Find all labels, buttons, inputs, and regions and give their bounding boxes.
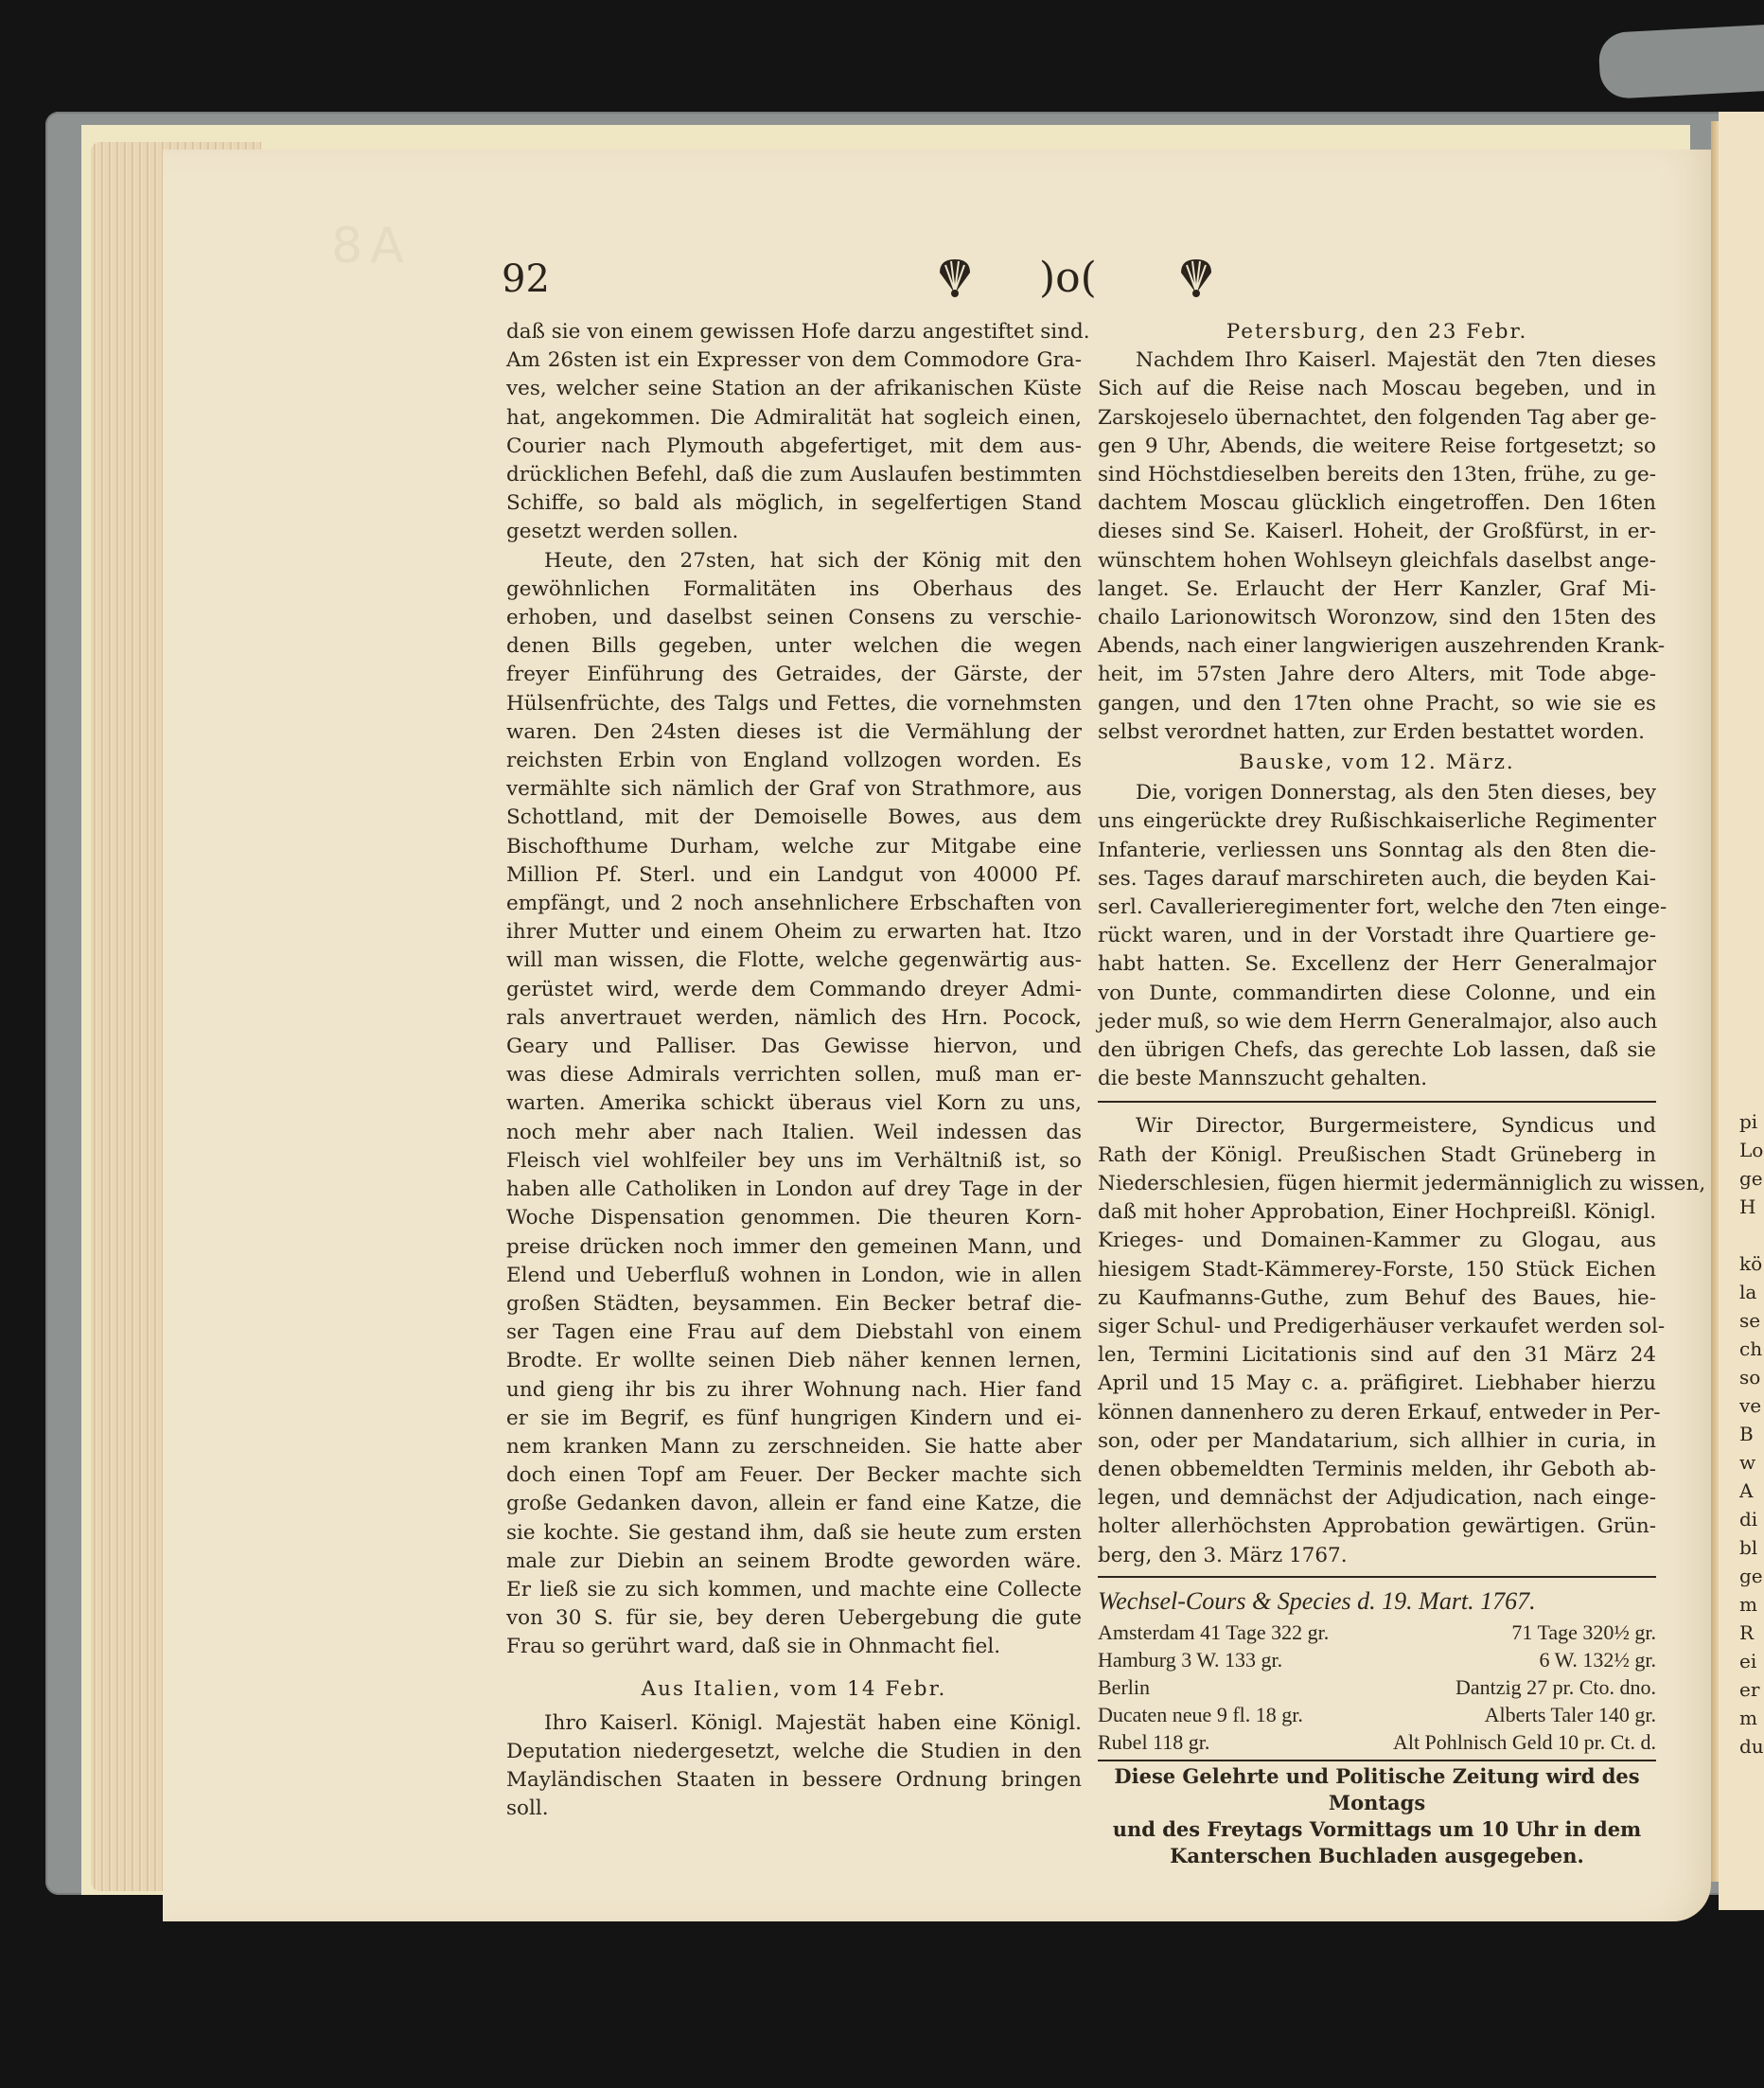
heading-petersburg: Petersburg, den 23 Febr. xyxy=(1098,318,1656,346)
exchange-row: Hamburg 3 W. 133 gr.6 W. 132½ gr. xyxy=(1098,1646,1656,1673)
text-line: male zur Diebin an seinem Brodte geworde… xyxy=(506,1548,1082,1576)
text-line: denen obbemeldten Terminis melden, ihr G… xyxy=(1098,1456,1656,1484)
text-line: jeder muß, so wie dem Herrn Generalmajor… xyxy=(1098,1008,1656,1036)
exchange-left: Ducaten neue 9 fl. 18 gr. xyxy=(1098,1701,1303,1728)
exchange-title: Wechsel-Cours & Species d. 19. Mart. 176… xyxy=(1098,1587,1656,1615)
text-line: Geary und Palliser. Das Gewisse hiervon,… xyxy=(506,1033,1082,1061)
page-number: 92 xyxy=(502,257,550,301)
text-line: Hülsenfrüchte, des Talgs und Fettes, die… xyxy=(506,690,1082,718)
text-line: gerüstet wird, werde dem Commando dreyer… xyxy=(506,976,1082,1004)
paragraph-petersburg: Nachdem Ihro Kaiserl. Majestät den 7ten … xyxy=(1098,346,1656,747)
notice-line: und des Freytags Vormittags um 10 Uhr in… xyxy=(1098,1816,1656,1843)
text-line: Ihro Kaiserl. Königl. Majestät haben ein… xyxy=(506,1709,1082,1738)
text-line: daß sie von einem gewissen Hofe darzu an… xyxy=(506,318,1082,346)
text-line: Courier nach Plymouth abgefertiget, mit … xyxy=(506,433,1082,461)
ghost-mark: 8A xyxy=(331,218,412,274)
text-line: hiesigem Stadt-Kämmerey-Forste, 150 Stüc… xyxy=(1098,1256,1656,1284)
text-line: Niederschlesien, fügen hiermit jedermänn… xyxy=(1098,1170,1656,1198)
exchange-rows: Amsterdam 41 Tage 322 gr.71 Tage 320½ gr… xyxy=(1098,1619,1656,1756)
book-cover-corner xyxy=(1597,24,1764,99)
publication-notice: Diese Gelehrte und Politische Zeitung wi… xyxy=(1098,1763,1656,1869)
fragment-line: ge xyxy=(1739,1562,1764,1590)
exchange-row: Rubel 118 gr.Alt Pohlnisch Geld 10 pr. C… xyxy=(1098,1728,1656,1756)
text-line: April und 15 May c. a. präfigiret. Liebh… xyxy=(1098,1370,1656,1398)
divider-rule xyxy=(1098,1101,1656,1103)
text-line: ihrer Mutter und einem Oheim zu erwarten… xyxy=(506,918,1082,947)
fragment-line: se xyxy=(1739,1306,1764,1335)
exchange-rates-table: Wechsel-Cours & Species d. 19. Mart. 176… xyxy=(1098,1587,1656,1756)
text-line: will man wissen, die Flotte, welche gege… xyxy=(506,947,1082,975)
text-line: dieses sind Se. Kaiserl. Hoheit, der Gro… xyxy=(1098,518,1656,546)
text-line: großen Städten, beysammen. Ein Becker be… xyxy=(506,1290,1082,1318)
shell-ornament-icon xyxy=(932,254,978,309)
text-line: len, Termini Licitationis sind auf den 3… xyxy=(1098,1341,1656,1370)
shell-ornament-icon xyxy=(1173,254,1219,309)
text-line: holter allerhöchsten Approbation gewärti… xyxy=(1098,1513,1656,1541)
fragment-line: du xyxy=(1739,1732,1764,1761)
exchange-left: Berlin xyxy=(1098,1673,1150,1701)
text-line: Schottland, mit der Demoiselle Bowes, au… xyxy=(506,804,1082,832)
paragraph-england-1: daß sie von einem gewissen Hofe darzu an… xyxy=(506,318,1082,547)
text-line: denen Bills gegeben, unter welchen die w… xyxy=(506,632,1082,661)
divider-rule xyxy=(1098,1760,1656,1761)
fragment-line: Lo xyxy=(1739,1136,1764,1164)
text-line: Fleisch viel wohlfeiler bey uns im Verhä… xyxy=(506,1147,1082,1176)
text-line: doch einen Topf am Feuer. Der Becker mac… xyxy=(506,1461,1082,1490)
text-line: Bischofthume Durham, welche zur Mitgabe … xyxy=(506,833,1082,861)
exchange-row: Amsterdam 41 Tage 322 gr.71 Tage 320½ gr… xyxy=(1098,1619,1656,1646)
text-line: wünschtem hohen Wohlseyn gleichfals dase… xyxy=(1098,547,1656,575)
exchange-right: Dantzig 27 pr. Cto. dno. xyxy=(1455,1673,1656,1701)
text-line: legen, und demnächst der Adjudication, n… xyxy=(1098,1484,1656,1513)
facing-page-text-fragment: piLogeH kölasechsoveBwAdiblgemReiermdu xyxy=(1739,1107,1764,1761)
exchange-row: BerlinDantzig 27 pr. Cto. dno. xyxy=(1098,1673,1656,1701)
fragment-line: di xyxy=(1739,1505,1764,1533)
text-line: erhoben, und daselbst seinen Consens zu … xyxy=(506,604,1082,632)
fragment-line: kö xyxy=(1739,1249,1764,1278)
text-line: Rath der Königl. Preußischen Stadt Grüne… xyxy=(1098,1141,1656,1170)
text-line: heit, im 57sten Jahre dero Alters, mit T… xyxy=(1098,661,1656,689)
exchange-left: Rubel 118 gr. xyxy=(1098,1728,1209,1756)
fragment-line: R xyxy=(1739,1619,1764,1647)
announcement-grueneberg: Wir Director, Burgermeistere, Syndicus u… xyxy=(1098,1112,1656,1569)
text-line: Woche Dispensation genommen. Die theuren… xyxy=(506,1204,1082,1232)
text-line: vermählte sich nämlich der Graf von Stra… xyxy=(506,775,1082,804)
text-line: son, oder per Mandatarium, sich allhier … xyxy=(1098,1427,1656,1456)
text-line: warten. Amerika schickt überaus viel Kor… xyxy=(506,1089,1082,1118)
heading-bauske: Bauske, vom 12. März. xyxy=(1098,749,1656,777)
divider-rule xyxy=(1098,1576,1656,1578)
text-line: hat, angekommen. Die Admiralität hat sog… xyxy=(506,404,1082,433)
text-line: den übrigen Chefs, das gerechte Lob lass… xyxy=(1098,1036,1656,1065)
text-line: dachtem Moscau glücklich eingetroffen. D… xyxy=(1098,489,1656,518)
text-line: waren. Den 24sten dieses ist die Vermähl… xyxy=(506,718,1082,747)
text-line: daß mit hoher Approbation, Einer Hochpre… xyxy=(1098,1198,1656,1227)
fragment-line: B xyxy=(1739,1420,1764,1448)
exchange-right: Alt Pohlnisch Geld 10 pr. Ct. d. xyxy=(1393,1728,1656,1756)
text-line: selbst verordnet hatten, zur Erden besta… xyxy=(1098,718,1656,747)
text-line: und gieng ihr bis zu ihrer Wohnung nach.… xyxy=(506,1376,1082,1405)
text-line: er sie im Begrif, es fünf hungrigen Kind… xyxy=(506,1405,1082,1433)
notice-line: Diese Gelehrte und Politische Zeitung wi… xyxy=(1098,1763,1656,1816)
text-line: haben alle Catholiken in London auf drey… xyxy=(506,1176,1082,1204)
fragment-line: ge xyxy=(1739,1164,1764,1193)
right-column: Petersburg, den 23 Febr. Nachdem Ihro Ka… xyxy=(1098,318,1656,1869)
fragment-line: ei xyxy=(1739,1647,1764,1675)
fragment-line: H xyxy=(1739,1193,1764,1221)
text-line: Deputation niedergesetzt, welche die Stu… xyxy=(506,1738,1082,1766)
text-line: langet. Se. Erlaucht der Herr Kanzler, G… xyxy=(1098,575,1656,604)
text-line: zu Kaufmanns-Guthe, zum Behuf des Baues,… xyxy=(1098,1284,1656,1313)
text-line: freyer Einführung des Getraides, der Gär… xyxy=(506,661,1082,689)
text-line: gen 9 Uhr, Abends, die weitere Reise for… xyxy=(1098,433,1656,461)
text-line: die beste Mannszucht gehalten. xyxy=(1098,1065,1656,1093)
text-line: berg, den 3. März 1767. xyxy=(1098,1542,1656,1570)
text-line: Heute, den 27sten, hat sich der König mi… xyxy=(506,547,1082,575)
text-line: ses. Tages darauf marschireten auch, die… xyxy=(1098,865,1656,894)
text-line: Mayländischen Staaten in bessere Ordnung… xyxy=(506,1766,1082,1795)
divider-ornament: )o( xyxy=(1039,254,1097,302)
fragment-line: er xyxy=(1739,1675,1764,1704)
exchange-row: Ducaten neue 9 fl. 18 gr.Alberts Taler 1… xyxy=(1098,1701,1656,1728)
text-line: habt hatten. Se. Excellenz der Herr Gene… xyxy=(1098,950,1656,979)
text-line: Wir Director, Burgermeistere, Syndicus u… xyxy=(1098,1112,1656,1141)
text-line: empfängt, und 2 noch ansehnlichere Erbsc… xyxy=(506,890,1082,918)
text-line: Brodte. Er wollte seinen Dieb näher kenn… xyxy=(506,1347,1082,1375)
fragment-line: bl xyxy=(1739,1533,1764,1562)
left-column: daß sie von einem gewissen Hofe darzu an… xyxy=(506,318,1082,1824)
text-line: sie kochte. Sie gestand ihm, daß sie heu… xyxy=(506,1519,1082,1548)
text-line: Am 26sten ist ein Expresser von dem Comm… xyxy=(506,346,1082,375)
text-line: drücklichen Befehl, daß die zum Auslaufe… xyxy=(506,461,1082,489)
fragment-line: pi xyxy=(1739,1107,1764,1136)
paragraph-italy: Ihro Kaiserl. Königl. Majestät haben ein… xyxy=(506,1709,1082,1824)
text-line: sind Höchstdieselben bereits den 13ten, … xyxy=(1098,461,1656,489)
text-line: rals anvertrauet werden, nämlich des Hrn… xyxy=(506,1004,1082,1033)
fragment-line: ve xyxy=(1739,1391,1764,1420)
paragraph-bauske: Die, vorigen Donnerstag, als den 5ten di… xyxy=(1098,779,1656,1093)
text-line: Infanterie, verliessen uns Sonntag als d… xyxy=(1098,837,1656,865)
text-line: chailo Larionowitsch Woronzow, sind den … xyxy=(1098,604,1656,632)
text-line: Elend und Ueberfluß wohnen in London, wi… xyxy=(506,1262,1082,1290)
text-line: Million Pf. Sterl. und ein Landgut von 4… xyxy=(506,861,1082,890)
exchange-right: Alberts Taler 140 gr. xyxy=(1485,1701,1656,1728)
exchange-right: 71 Tage 320½ gr. xyxy=(1511,1619,1656,1646)
fragment-line: m xyxy=(1739,1590,1764,1619)
text-line: Zarskojeselo übernachtet, den folgenden … xyxy=(1098,404,1656,433)
exchange-right: 6 W. 132½ gr. xyxy=(1540,1646,1656,1673)
text-line: was diese Admirals verrichten sollen, mu… xyxy=(506,1061,1082,1089)
text-line: siger Schul- und Predigerhäuser verkaufe… xyxy=(1098,1313,1656,1341)
fragment-line: la xyxy=(1739,1278,1764,1306)
text-line: Krieges- und Domainen-Kammer zu Glogau, … xyxy=(1098,1227,1656,1255)
fragment-line: A xyxy=(1739,1477,1764,1505)
text-line: können dannenhero zu deren Erkauf, entwe… xyxy=(1098,1399,1656,1427)
notice-line: Kanterschen Buchladen ausgegeben. xyxy=(1098,1843,1656,1869)
text-line: große Gedanken davon, allein er fand ein… xyxy=(506,1490,1082,1518)
text-line: Er ließ sie zu sich kommen, und machte e… xyxy=(506,1576,1082,1604)
text-line: uns eingerückte drey Rußischkaiserliche … xyxy=(1098,807,1656,836)
text-line: Abends, nach einer langwierigen auszehre… xyxy=(1098,632,1656,661)
fragment-line: w xyxy=(1739,1448,1764,1477)
text-line: Schiffe, so bald als möglich, in segelfe… xyxy=(506,489,1082,518)
text-line: Sich auf die Reise nach Moscau begeben, … xyxy=(1098,375,1656,403)
text-line: nem kranken Mann zu zerschneiden. Sie ha… xyxy=(506,1433,1082,1461)
text-line: gangen, und den 17ten ohne Pracht, so wi… xyxy=(1098,690,1656,718)
text-line: ves, welcher seine Station an der afrika… xyxy=(506,375,1082,403)
fragment-line: so xyxy=(1739,1363,1764,1391)
text-line: preise drücken noch immer den gemeinen M… xyxy=(506,1233,1082,1262)
heading-italy: Aus Italien, vom 14 Febr. xyxy=(506,1675,1082,1704)
fragment-line xyxy=(1739,1221,1764,1249)
text-line: noch mehr aber nach Italien. Weil indess… xyxy=(506,1119,1082,1147)
fragment-line: ch xyxy=(1739,1335,1764,1363)
text-line: von Dunte, commandirten diese Colonne, u… xyxy=(1098,980,1656,1008)
fragment-line: m xyxy=(1739,1704,1764,1732)
text-line: ser Tagen eine Frau auf dem Diebstahl vo… xyxy=(506,1318,1082,1347)
exchange-left: Hamburg 3 W. 133 gr. xyxy=(1098,1646,1282,1673)
text-line: reichsten Erbin von England vollzogen wo… xyxy=(506,747,1082,775)
paragraph-england-2: Heute, den 27sten, hat sich der König mi… xyxy=(506,547,1082,1662)
exchange-left: Amsterdam 41 Tage 322 gr. xyxy=(1098,1619,1329,1646)
text-line: gesetzt werden sollen. xyxy=(506,518,1082,546)
gutter xyxy=(1711,121,1719,1882)
text-line: Die, vorigen Donnerstag, als den 5ten di… xyxy=(1098,779,1656,807)
text-line: von 30 S. für sie, bey deren Uebergebung… xyxy=(506,1604,1082,1633)
text-line: soll. xyxy=(506,1795,1082,1823)
text-line: Nachdem Ihro Kaiserl. Majestät den 7ten … xyxy=(1098,346,1656,375)
text-line: serl. Cavallerieregimenter fort, welche … xyxy=(1098,894,1656,922)
text-line: Frau so gerührt ward, daß sie in Ohnmach… xyxy=(506,1633,1082,1661)
text-line: gewöhnlichen Formalitäten ins Oberhaus d… xyxy=(506,575,1082,604)
text-line: rückt waren, und in der Vorstadt ihre Qu… xyxy=(1098,922,1656,950)
